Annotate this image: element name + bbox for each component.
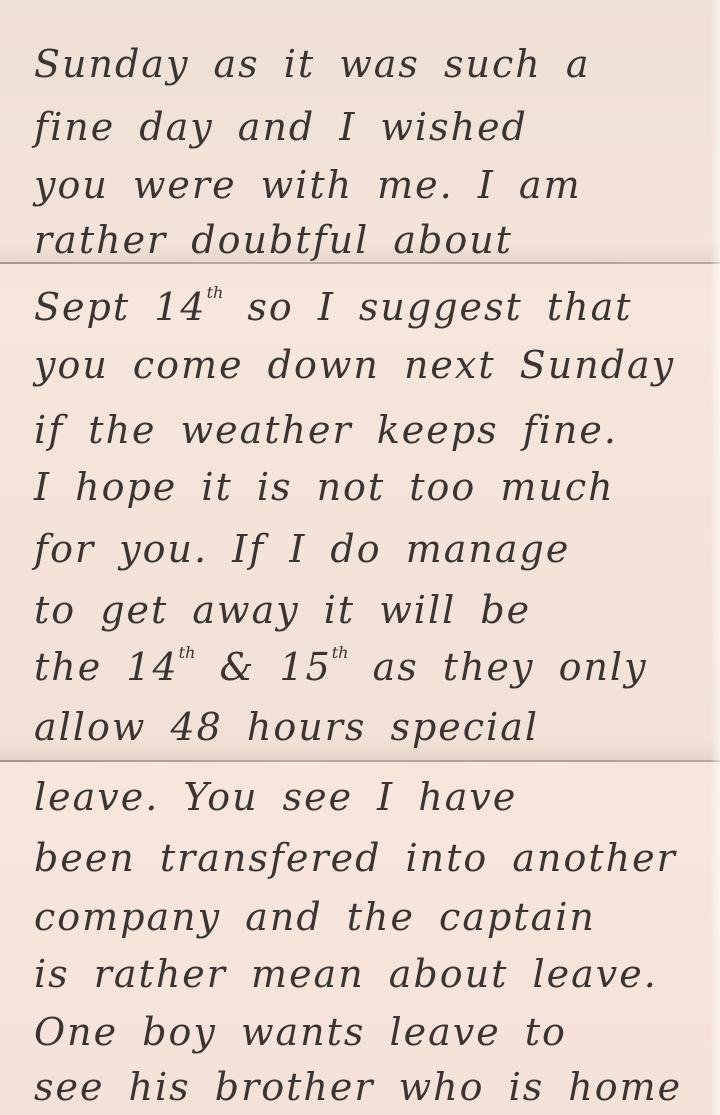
text-line-3: you were with me. I am xyxy=(34,163,582,207)
paper-fold-line xyxy=(0,760,720,762)
text-line-15: company and the captain xyxy=(34,895,596,939)
text-line-14: been transfered into another xyxy=(34,836,677,880)
ordinal-suffix: th xyxy=(207,283,224,302)
text-line-1: Sunday as it was such a xyxy=(34,42,590,86)
text-line-9: for you. If I do manage xyxy=(34,527,570,571)
ordinal-suffix: th xyxy=(332,643,349,662)
text-line-7: if the weather keeps fine. xyxy=(34,408,618,452)
letter-page: Sunday as it was such a fine day and I w… xyxy=(0,0,720,1115)
text-segment: so I suggest that xyxy=(223,285,632,329)
text-line-8: I hope it is not too much xyxy=(34,465,615,509)
text-segment: Sept 14 xyxy=(34,285,207,329)
text-line-17: One boy wants leave to xyxy=(34,1010,567,1054)
text-segment: the 14 xyxy=(34,645,179,689)
text-line-5: Sept 14th so I suggest that xyxy=(34,285,633,329)
text-line-12: allow 48 hours special xyxy=(34,705,539,749)
text-line-2: fine day and I wished xyxy=(34,105,528,149)
ordinal-suffix: th xyxy=(179,643,196,662)
text-line-6: you come down next Sunday xyxy=(34,343,675,387)
text-line-13: leave. You see I have xyxy=(34,775,517,819)
text-line-18: see his brother who is home xyxy=(34,1065,682,1109)
text-line-4: rather doubtful about xyxy=(34,218,513,262)
paper-fold-line xyxy=(0,262,720,264)
text-line-10: to get away it will be xyxy=(34,588,531,632)
text-line-16: is rather mean about leave. xyxy=(34,952,658,996)
text-segment: & 15 xyxy=(195,645,331,689)
text-segment: as they only xyxy=(348,645,647,689)
text-line-11: the 14th & 15th as they only xyxy=(34,645,648,689)
